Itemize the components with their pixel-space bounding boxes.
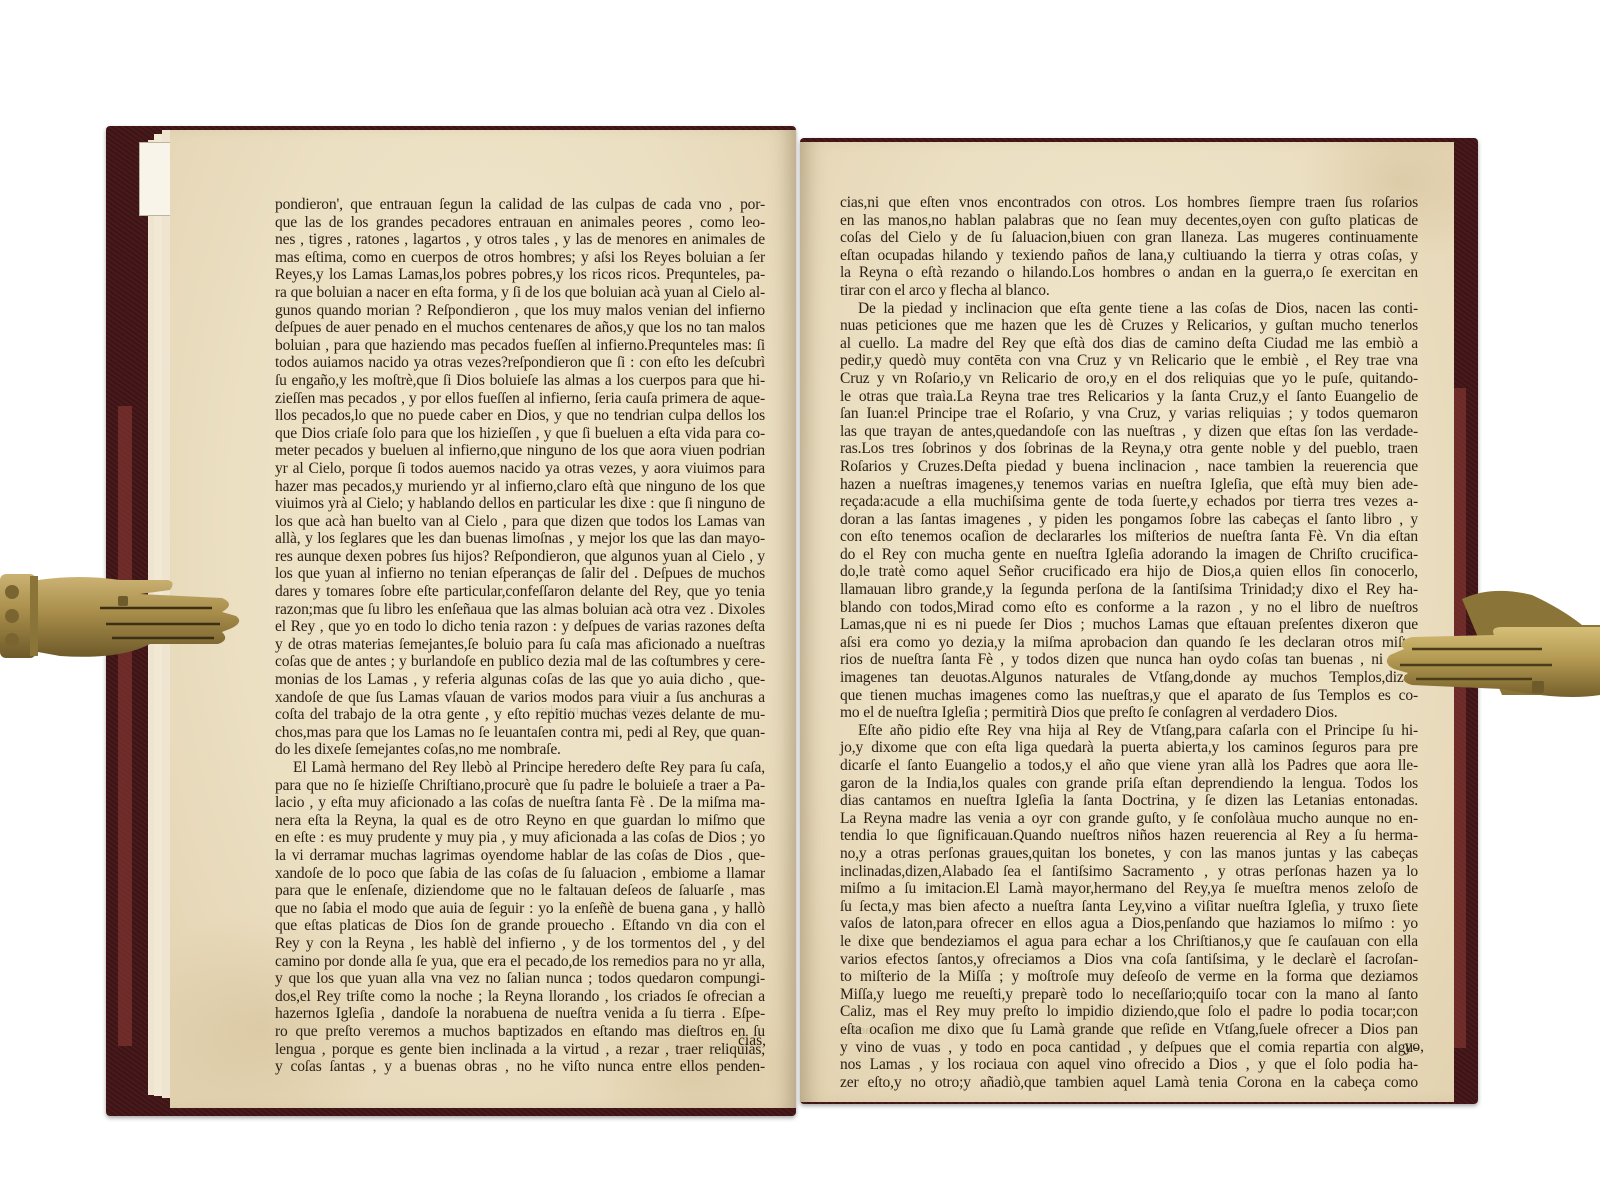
text-line: nera eſta la Reyna, la qual es de otro R… (275, 812, 765, 830)
text-line: res aunque dexen pobres ſus hijos? Reſpo… (275, 548, 765, 566)
text-line: zer eſto,y no otro;y añadiò,que tambien … (840, 1074, 1418, 1092)
text-line: viuimos yrà al Cielo; y hablando dellos … (275, 495, 765, 513)
text-line: mo el de nueſtra Igleſia ; permitirà Dio… (840, 704, 1418, 722)
text-line: dos,el Rey triſte como la noche ; la Rey… (275, 988, 765, 1006)
text-line: ſan Iuan:el Principe trae el Roſario, y … (840, 405, 1418, 423)
text-line: para que le enſenaſe, diziendome que no … (275, 882, 765, 900)
text-line: dares y tomares ſobre eſte particular,co… (275, 583, 765, 601)
text-line: Roſarios y Cruzes.Deſta piedad y buena i… (840, 458, 1418, 476)
text-line: tirar con el arco y flecha al blanco. (840, 282, 1418, 300)
text-line: las que trayan de antes,quedandoſe con l… (840, 423, 1418, 441)
flyleaf-tab (139, 142, 171, 216)
text-line: blando con todos,Mirad como eſto es conf… (840, 599, 1418, 617)
text-line: inclinadas,dizen,Alabado ſea el ſantiſsi… (840, 863, 1418, 881)
text-line: doran a las ſantas imagenes , y piden le… (840, 511, 1418, 529)
text-line: boluian , para que haziendo mas pecados … (275, 337, 765, 355)
text-line: jo,y dixome que con eſta liga quedarà la… (840, 739, 1418, 757)
open-book: lecto persona, a mandar pondieron', que … (0, 0, 1600, 1200)
text-line: varios efectos ſantos,y ofreciamos a Dio… (840, 951, 1418, 969)
text-line: rios de nueſtra ſanta Fè , y todos dizen… (840, 651, 1418, 669)
text-line: imagenes tan deuotas.Algunos naturales d… (840, 669, 1418, 687)
text-line: en las manos,no hablan palabras que no ſ… (840, 212, 1418, 230)
text-line: El Lamà hermano del Rey llebò al Princip… (275, 759, 765, 777)
brass-hand-weight-left (0, 560, 250, 670)
text-line: gunos quando morian ? Reſpondieron , que… (275, 302, 765, 320)
text-line: do el Rey con mucha gente en nueſtra Igl… (840, 546, 1418, 564)
left-page: lecto persona, a mandar pondieron', que … (170, 130, 796, 1108)
text-line: miſmo a ſu imitacion.El Lamà mayor,herma… (840, 880, 1418, 898)
text-line: yr al Cielo, porque ſi todos auemos naci… (275, 460, 765, 478)
text-line: que las de los grandes pecadores entraua… (275, 214, 765, 232)
text-line: que tienen muchas imagenes como las nueſ… (840, 687, 1418, 705)
text-line: ſu engaño,y les moſtrè,que ſi Dios bolui… (275, 372, 765, 390)
catchword: yo, (1405, 1038, 1424, 1056)
text-line: ras.Los tres ſobrinos y dos ſobrinas de … (840, 440, 1418, 458)
text-line: hazen a nueſtras imagenes,y tenemos vari… (840, 476, 1418, 494)
text-line: allà, y los ſeglares que les dan buenas … (275, 530, 765, 548)
text-line: Reyes,y los Lamas Lamas,los pobres pobre… (275, 266, 765, 284)
text-line: ſu ſecta,y mas bien afecto a nueſtra ſan… (840, 898, 1418, 916)
text-line: reçada:acude a ella muchiſsima gente de … (840, 493, 1418, 511)
right-page-text: cias,ni que eſten vnos encontrados con o… (840, 194, 1418, 1091)
catchword: cias, (738, 1032, 766, 1050)
text-line: garon de la India,los quales con grande … (840, 775, 1418, 793)
text-line: Rey y con la Reyna , les hablè del infie… (275, 935, 765, 953)
text-line: zieſſen mas pecados , y por ellos fueſſe… (275, 390, 765, 408)
text-line: coſas del Cielo y de ſu ſaluacion,biuen … (840, 229, 1418, 247)
text-line: llos pecados,lo que no puede caber en Di… (275, 407, 765, 425)
text-line: con eſto tenemos ocaſion de declararles … (840, 528, 1418, 546)
text-line: la Reyna o eſtà rezando o hilando.Los ho… (840, 264, 1418, 282)
text-line: coſta del trabajo de la otra gente , y e… (275, 706, 765, 724)
text-line: Miſſa,y luego me reueſti,y preparè todo … (840, 986, 1418, 1004)
text-line: que no ſabia el modo que auia de ſeguir … (275, 900, 765, 918)
text-line: cias,ni que eſten vnos encontrados con o… (840, 194, 1418, 212)
text-line: xandoſe de que ſus Lamas vſauan de vario… (275, 689, 765, 707)
text-line: to miſterio de la Miſſa ; y moſtroſe muy… (840, 968, 1418, 986)
text-line: y coſas ſantas , y a buenas obras , no h… (275, 1058, 765, 1076)
text-line: no,y a otras perſonas graues,quitan los … (840, 845, 1418, 863)
text-line: xandoſe de lo poco que ſabia de las coſa… (275, 865, 765, 883)
text-line: pedir,y quedò muy contēta con vna Cruz y… (840, 352, 1418, 370)
text-line: nos Lamas , y los rociaua con aquel vino… (840, 1056, 1418, 1074)
text-line: monias de los Lamas , y referia algunas … (275, 671, 765, 689)
text-line: meter pecados y bueluen al infierno,que … (275, 442, 765, 460)
text-line: do les dixeſe ſemejantes coſas,no me nom… (275, 741, 765, 759)
brass-hand-icon (0, 560, 250, 670)
text-line: lacio , y eſta muy aficionado a las coſa… (275, 794, 765, 812)
text-line: Eſte año pidio eſte Rey vna hija al Rey … (840, 722, 1418, 740)
text-line: dias cantamos en nueſtra Igleſia la ſant… (840, 792, 1418, 810)
text-line: aſsi era como yo dezia,y la miſma aproba… (840, 634, 1418, 652)
text-line: le dixe que bendeziamos el agua para ech… (840, 933, 1418, 951)
text-line: los que yuan al infierno no tenian eſper… (275, 565, 765, 583)
text-line: y que los que yuan alla vna vez no ſalia… (275, 970, 765, 988)
text-line: al cuello. La madre del Rey que eſtà dos… (840, 335, 1418, 353)
brass-hand-icon (1382, 565, 1600, 705)
text-line: Caliz, mas el Rey muy preſto lo impidio … (840, 1003, 1418, 1021)
text-line: y de otras materias ſemejantes,ſe boluio… (275, 636, 765, 654)
text-line: Lamas,que ni es ni puede ſer Dios ; much… (840, 616, 1418, 634)
text-line: tendia lo que ſignificauan.Quando nueſtr… (840, 827, 1418, 845)
text-line: hazer mas pecados,y muriendo yr al infie… (275, 478, 765, 496)
text-line: y vino de vuas , y todo en poca cantidad… (840, 1039, 1418, 1057)
text-line: La Reyna madre las venia a oyr con grand… (840, 810, 1418, 828)
text-line: ro que preſto veremos a muchos baptizado… (275, 1023, 765, 1041)
text-line: hazernos Igleſia , dandoſe la norabuena … (275, 1005, 765, 1023)
text-line: llamauan libro grande,y la ſegunda perſo… (840, 581, 1418, 599)
text-line: razon;mas que ſu libro les enſeñaua que … (275, 601, 765, 619)
text-line: mas eſtima, como en cuerpos de otros hom… (275, 249, 765, 267)
text-line: todos auiamos nacido ya otras vezes?reſp… (275, 354, 765, 372)
text-line: para que no ſe hizieſſe Chriſtiano,procu… (275, 777, 765, 795)
text-line: nes , tigres , ratones , lagartos , y ot… (275, 231, 765, 249)
left-page-text: pondieron', que entrauan ſegun la calida… (275, 196, 765, 1076)
text-line: que Dios criaſe ſolo para que los hizieſ… (275, 425, 765, 443)
text-line: la vi derramar muchas lagrimas oyendome … (275, 847, 765, 865)
text-line: De la piedad y inclinacion que eſta gent… (840, 300, 1418, 318)
text-line: pondieron', que entrauan ſegun la calida… (275, 196, 765, 214)
text-line: vaſos de laton,para ofrecer en ellos agu… (840, 915, 1418, 933)
text-line: el Rey , que yo en todo lo dicho tenia r… (275, 618, 765, 636)
text-line: que eſtas platicas de Dios ſon de grande… (275, 917, 765, 935)
text-line: lengua , porque es gente bien inclinada … (275, 1041, 765, 1059)
text-line: camino por donde alla ſe yua, que era el… (275, 953, 765, 971)
right-page: aenov cias,ni que eſten vnos encontrados… (800, 142, 1454, 1102)
text-line: le otras que traìa.La Reyna trae tres Re… (840, 388, 1418, 406)
brass-hand-weight-right (1382, 565, 1600, 705)
text-line: deſpues de auer penado en el muchos cent… (275, 319, 765, 337)
text-line: los que acà han buelto van al Cielo , pa… (275, 513, 765, 531)
text-line: chos,mas para que los Lamas no ſe leuant… (275, 724, 765, 742)
text-line: ra que boluian a nacer en eſta forma, y … (275, 284, 765, 302)
text-line: Cruz y vn Roſario,y vn Relicario de oro,… (840, 370, 1418, 388)
text-line: nuas peticiones que me hazen que les dè … (840, 317, 1418, 335)
text-line: do,le tratè como aquel Señor crucificado… (840, 563, 1418, 581)
text-line: eſta ocaſion me dixo que ſu Lamà grande … (840, 1021, 1418, 1039)
text-line: coſas que de antes ; y burlandoſe en pub… (275, 653, 765, 671)
text-line: en eſte : es muy prudente y muy pia , y … (275, 829, 765, 847)
text-line: eſtan ocupadas hilando y texiendo paños … (840, 247, 1418, 265)
text-line: dicarſe el ſanto Euangelio a todos,y el … (840, 757, 1418, 775)
